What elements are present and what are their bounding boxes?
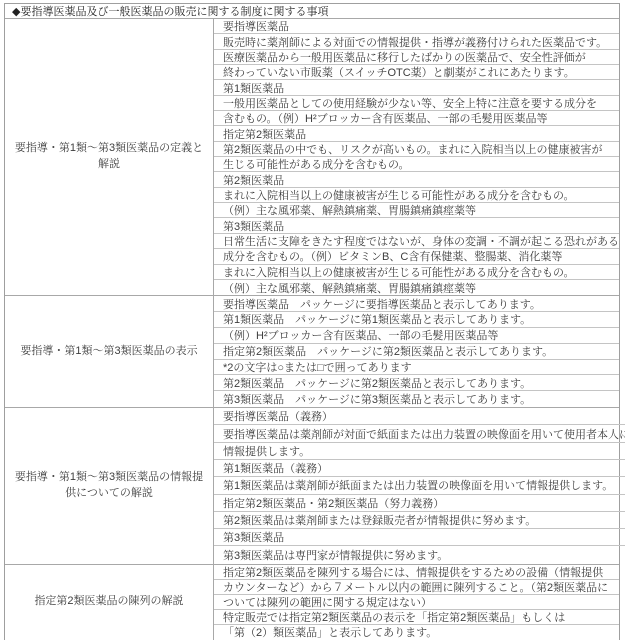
- table-row: 成分を含むもの。（例）ビタミンB、C含有保健薬、整腸薬、消化薬等: [214, 249, 619, 264]
- table-title-row: ◆要指導医薬品及び一般医薬品の販売に関する制度に関する事項: [5, 4, 619, 19]
- section-label: 要指導・第1類～第3類医薬品の情報提供についての解説: [5, 408, 214, 564]
- table-row: 第3類医薬品は専門家が情報提供に努めます。: [214, 546, 625, 563]
- table-title: ◆要指導医薬品及び一般医薬品の販売に関する制度に関する事項: [12, 3, 328, 19]
- table-row: ついては陳列の範囲に関する規定はない）: [214, 595, 619, 610]
- table-row: 第3類医薬品 パッケージに第3類医薬品と表示してあります。: [214, 391, 619, 407]
- table-row: 日常生活に支障をきたす程度ではないが、身体の変調・不調が起こる恐れがある: [214, 234, 619, 249]
- table-row: 第1類医薬品は薬剤師が紙面または出力装置の映像面を用いて情報提供します。: [214, 477, 625, 494]
- table-row: 要指導医薬品 パッケージに要指導医薬品と表示してあります。: [214, 296, 619, 312]
- table-row: 第1類医薬品（義務）: [214, 460, 625, 477]
- table-row: （例）主な風邪薬、解熱鎮痛薬、胃腸鎮痛鎮痙薬等: [214, 280, 619, 295]
- section-rows: 要指導医薬品販売時に薬剤師による対面での情報提供・指導が義務付けられた医薬品です…: [214, 19, 619, 295]
- table-body: 要指導・第1類～第3類医薬品の定義と解説要指導医薬品販売時に薬剤師による対面での…: [5, 19, 619, 640]
- table-row: （例）主な風邪薬、解熱鎮痛薬、胃腸鎮痛鎮痙薬等: [214, 203, 619, 218]
- table-row: 医療医薬品から一般用医薬品に移行したばかりの医薬品で、安全性評価が: [214, 50, 619, 65]
- section-label: 指定第2類医薬品の陳列の解説: [5, 565, 214, 640]
- table-row: 第3類医薬品: [214, 218, 619, 233]
- table-row: 情報提供します。: [214, 443, 625, 460]
- section-rows: 指定第2類医薬品を陳列する場合には、情報提供をするための設備（情報提供カウンター…: [214, 565, 619, 640]
- table-row: *2の文字は○または□で囲ってあります: [214, 360, 619, 376]
- table-row: まれに入院相当以上の健康被害が生じる可能性がある成分を含むもの。: [214, 188, 619, 203]
- table-row: 指定第2類医薬品: [214, 126, 619, 141]
- section-rows: 要指導医薬品 パッケージに要指導医薬品と表示してあります。第1類医薬品 パッケー…: [214, 296, 619, 407]
- table-row: 生じる可能性がある成分を含むもの。: [214, 157, 619, 172]
- table-row: 「第（2）類医薬品」と表示してあります。: [214, 625, 619, 640]
- section-label: 要指導・第1類～第3類医薬品の表示: [5, 296, 214, 407]
- section-rows: 要指導医薬品（義務）要指導医薬品は薬剤師が対面で紙面または出力装置の映像面を用い…: [214, 408, 625, 564]
- table-row: カウンターなど）から７メートル以内の範囲に陳列すること。（第2類医薬品に: [214, 580, 619, 595]
- table-row: 特定販売では指定第2類医薬品の表示を「指定第2類医薬品」もしくは: [214, 610, 619, 625]
- table-row: 第1類医薬品 パッケージに第1類医薬品と表示してあります。: [214, 312, 619, 328]
- table-section: 要指導・第1類～第3類医薬品の表示要指導医薬品 パッケージに要指導医薬品と表示し…: [5, 296, 619, 408]
- table-row: 終わっていない市販薬（スイッチOTC薬）と劇薬がこれにあたります。: [214, 65, 619, 80]
- table-row: 指定第2類医薬品 パッケージに第2類医薬品と表示してあります。: [214, 344, 619, 360]
- table-section: 指定第2類医薬品の陳列の解説指定第2類医薬品を陳列する場合には、情報提供をするた…: [5, 565, 619, 640]
- table-row: まれに入院相当以上の健康被害が生じる可能性がある成分を含むもの。: [214, 265, 619, 280]
- table-row: 要指導医薬品（義務）: [214, 408, 625, 425]
- table-row: 要指導医薬品は薬剤師が対面で紙面または出力装置の映像面を用いて使用者本人に: [214, 425, 625, 442]
- table-row: 第2類医薬品の中でも、リスクが高いもの。まれに入院相当以上の健康被害が: [214, 142, 619, 157]
- table-row: 一般用医薬品としての使用経験が少ない等、安全上特に注意を要する成分を: [214, 96, 619, 111]
- table-section: 要指導・第1類～第3類医薬品の情報提供についての解説要指導医薬品（義務）要指導医…: [5, 408, 619, 565]
- table-row: 第3類医薬品: [214, 529, 625, 546]
- table-section: 要指導・第1類～第3類医薬品の定義と解説要指導医薬品販売時に薬剤師による対面での…: [5, 19, 619, 296]
- table-row: （例）H²ブロッカー含有医薬品、一部の毛髪用医薬品等: [214, 328, 619, 344]
- table-row: 販売時に薬剤師による対面での情報提供・指導が義務付けられた医薬品です。: [214, 34, 619, 49]
- table-row: 含むもの。（例）H²ブロッカー含有医薬品、一部の毛髪用医薬品等: [214, 111, 619, 126]
- table-row: 指定第2類医薬品・第2類医薬品（努力義務）: [214, 495, 625, 512]
- table-row: 要指導医薬品: [214, 19, 619, 34]
- section-label: 要指導・第1類～第3類医薬品の定義と解説: [5, 19, 214, 295]
- table-row: 第1類医薬品: [214, 80, 619, 95]
- table-row: 指定第2類医薬品を陳列する場合には、情報提供をするための設備（情報提供: [214, 565, 619, 580]
- table-row: 第2類医薬品: [214, 172, 619, 187]
- regulation-table: ◆要指導医薬品及び一般医薬品の販売に関する制度に関する事項 要指導・第1類～第3…: [4, 3, 620, 640]
- table-row: 第2類医薬品 パッケージに第2類医薬品と表示してあります。: [214, 375, 619, 391]
- table-row: 第2類医薬品は薬剤師または登録販売者が情報提供に努めます。: [214, 512, 625, 529]
